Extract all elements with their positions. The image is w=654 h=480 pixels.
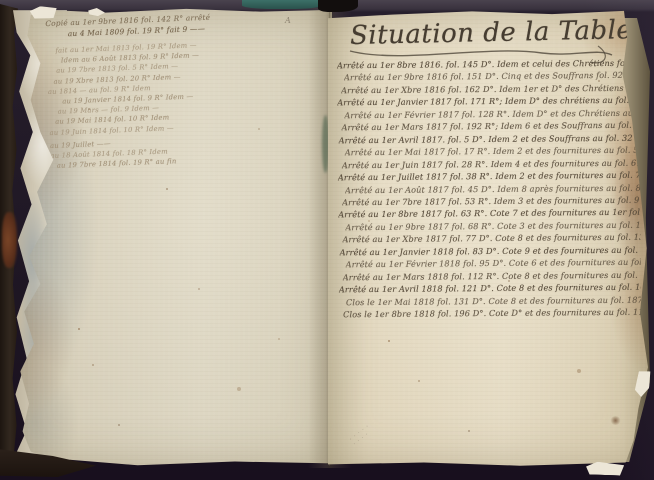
foxing-speckles: [388, 340, 390, 342]
right-page: Situation de la Table. Arrêté au 1er 8br…: [328, 10, 648, 468]
register-entries: Arrêté au 1er 8bre 1816. fol. 145 D°. Id…: [337, 57, 641, 321]
register-entry-line: Clos le 1er 8bre 1818 fol. 196 D°. Cote …: [343, 306, 641, 321]
left-page: Copié au 1er 9bre 1816 fol. 142 R° arrêt…: [8, 8, 332, 468]
corner-mark: A: [285, 16, 291, 25]
cover-leather-tear: [2, 212, 17, 268]
ink-stain-spot: [610, 416, 621, 425]
archive-stamp: · · · · · · · · ·: [349, 424, 374, 447]
left-page-notes: Copié au 1er 9bre 1816 fol. 142 R° arrêt…: [45, 10, 261, 171]
headband-teal: [242, 0, 322, 9]
scanned-manuscript-photo: Copié au 1er 9bre 1816 fol. 142 R° arrêt…: [0, 0, 654, 480]
spine-shadow: [318, 0, 358, 12]
gutter-green-smudge: [322, 115, 329, 173]
foxing-speckles: [78, 328, 80, 330]
